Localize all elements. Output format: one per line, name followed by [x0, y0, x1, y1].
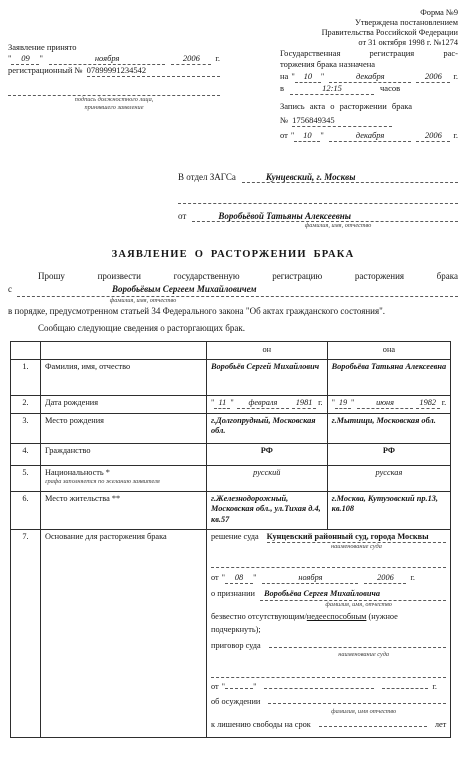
request-line: Прошу произвести государственную регистр… [8, 270, 458, 283]
registration-number-value: 07899991234542 [87, 65, 220, 77]
record-number-value: 1756849345 [292, 115, 392, 127]
zags-department-label: В отдел ЗАГСа [178, 172, 236, 182]
blank-address-line [178, 190, 458, 204]
row-number: 3. [11, 414, 41, 444]
missing-status-pre: безвестно отсутствующим/ [211, 612, 307, 621]
official-signature-line [8, 84, 220, 96]
record-line: Запись акта о расторжении брака [280, 101, 458, 112]
blank-line [211, 665, 446, 678]
court-name-caption: наименование суда [267, 543, 447, 551]
verdict-caption: наименование суда [281, 651, 446, 659]
row-label: Основание для расторжения брака [41, 530, 207, 738]
row-value-she: г.Москва, Кутузовский пр.13, кв.108 [327, 492, 451, 530]
registration-number-label: регистрационный № [8, 65, 83, 76]
row-label: Гражданство [41, 444, 207, 466]
on-label: на [280, 71, 288, 82]
record-year: 2006 [416, 130, 450, 142]
verdict-date-line: от " " г. [211, 682, 446, 692]
signature-caption-2: принявшего заявление [8, 104, 220, 112]
record-month: декабря [329, 130, 412, 142]
table-row: 4. Гражданство РФ РФ [11, 444, 451, 466]
row-label: Дата рождения [41, 396, 207, 414]
at-label: в [280, 83, 284, 94]
acceptance-day: 09 [11, 53, 39, 65]
nationality-note: графа заполняется по желанию заявителя [45, 478, 202, 486]
conviction-label: об осуждении [211, 697, 260, 707]
table-header-row: он она [11, 342, 451, 360]
table-row: 5. Национальность * графа заполняется по… [11, 466, 451, 492]
decision-date-line: от " 08 " ноября 2006 г. [211, 573, 446, 584]
spouse-line: с Воробьёвым Сергеем Михайловичем [8, 283, 458, 297]
term-suffix: лет [435, 720, 446, 730]
quote-mark: " [320, 130, 323, 141]
from-label: от [211, 573, 219, 583]
from-label: от [280, 130, 288, 141]
blank-line [211, 555, 446, 568]
spouse-fio-caption: фамилия, имя, отчество [8, 297, 278, 305]
spouse-name-value: Воробьёвым Сергеем Михайловичем [17, 283, 458, 297]
row-number: 2. [11, 396, 41, 414]
approval-block: Форма №9 Утверждена постановлением Прави… [280, 6, 458, 142]
info-line: Сообщаю следующие сведения о расторгающи… [8, 322, 458, 335]
registration-month: декабря [329, 71, 411, 83]
registration-day: 10 [295, 71, 321, 83]
court-name-value: Кунцевский районный суд, города Москвы [267, 532, 447, 543]
decision-year: 2006 [364, 573, 406, 584]
registration-year: 2006 [416, 71, 450, 83]
registration-time: 12:15 [290, 83, 374, 95]
table-row: 3. Место рождения г.Долгопрудный, Москов… [11, 414, 451, 444]
conviction-caption: фамилия, имя отчество [281, 708, 446, 716]
row-value-he: Воробьёв Сергей Михайлович [207, 360, 328, 396]
signature-caption-1: подпись должностного лица, [8, 96, 220, 104]
quote-mark: " [351, 398, 354, 408]
column-header-he: он [207, 342, 328, 360]
row-number: 1. [11, 360, 41, 396]
quote-mark: " [230, 398, 233, 408]
birth-day-he: 11 [214, 398, 230, 409]
registration-number-line: регистрационный № 07899991234542 [8, 65, 220, 77]
applicant-line: от Воробьёвой Татьяны Алексеевны [178, 211, 458, 222]
order-line: в порядке, предусмотренном статьей 34 Фе… [8, 305, 458, 318]
with-label: с [8, 283, 12, 296]
verdict-day-blank [225, 688, 253, 689]
verdict-year-blank [382, 688, 428, 689]
registration-time-line: в 12:15 часов [280, 83, 458, 95]
year-suffix: г. [432, 682, 437, 692]
recognition-label: о признании [211, 589, 255, 599]
record-day: 10 [294, 130, 320, 142]
term-label: к лишению свободы на срок [211, 720, 311, 730]
verdict-label: приговор суда [211, 641, 261, 651]
basis-cell: решение суда Кунцевский районный суд, го… [207, 530, 451, 738]
nationality-label: Национальность * [45, 468, 202, 478]
table-row-basis: 7. Основание для расторжения брака решен… [11, 530, 451, 738]
year-suffix: г. [442, 398, 447, 408]
verdict-line: приговор суда [211, 641, 446, 651]
addressee-block: В отдел ЗАГСа Кунцевский, г. Москвы от В… [178, 172, 458, 230]
row-number: 5. [11, 466, 41, 492]
column-header-she: она [327, 342, 451, 360]
row-label: Место рождения [41, 414, 207, 444]
row-value-he: г.Долгопрудный, Московская обл. [207, 414, 328, 444]
row-value-he: " 11 " февраля 1981 г. [207, 396, 328, 414]
spouses-table: он она 1. Фамилия, имя, отчество Воробьё… [10, 341, 451, 738]
birth-year-he: 1981 [292, 398, 316, 409]
verdict-month-blank [264, 688, 374, 689]
from-label: от [178, 211, 186, 221]
number-sign: № [280, 115, 288, 126]
form-number: Форма №9 [280, 8, 458, 18]
zags-department-value: Кунцевский, г. Москвы [242, 172, 458, 183]
row-value-she: г.Мытищи, Московская обл. [327, 414, 451, 444]
state-registration-line-2: торжения брака назначена [280, 59, 458, 70]
acceptance-month: ноября [49, 53, 165, 65]
registration-date-line: на " 10 " декабря 2006 г. [280, 71, 458, 83]
year-suffix: г. [215, 53, 220, 64]
empty-header-cell [11, 342, 41, 360]
empty-header-cell [41, 342, 207, 360]
recognized-person-value: Воробьёва Сергея Михайловича [260, 589, 446, 600]
acceptance-date-line: " 09 " ноября 2006 г. [8, 53, 220, 65]
applicant-fio-caption: фамилия, имя, отчество [218, 222, 458, 230]
conviction-blank [268, 703, 446, 704]
year-suffix: г. [410, 573, 415, 583]
row-label: Национальность * графа заполняется по же… [41, 466, 207, 492]
recognition-line: о признании Воробьёва Сергея Михайловича [211, 589, 446, 600]
court-decision-line: решение суда Кунцевский районный суд, го… [211, 532, 446, 551]
request-paragraph: Прошу произвести государственную регистр… [8, 270, 458, 335]
verdict-blank [269, 647, 447, 648]
missing-status-line: безвестно отсутствующим/недееспособным (… [211, 611, 446, 636]
from-label: от [211, 682, 219, 692]
acceptance-label: Заявление принято [8, 42, 220, 53]
table-row: 1. Фамилия, имя, отчество Воробьёв Серге… [11, 360, 451, 396]
birth-month-he: февраля [237, 398, 289, 409]
row-value-she: РФ [327, 444, 451, 466]
approval-line-2: Правительства Российской Федерации [280, 28, 458, 38]
acceptance-year: 2006 [171, 53, 211, 65]
row-value-she: русская [327, 466, 451, 492]
quote-mark: " [253, 682, 256, 692]
decision-label: решение суда [211, 532, 267, 551]
form-header: Заявление принято " 09 " ноября 2006 г. … [8, 6, 458, 142]
row-label: Место жительства ** [41, 492, 207, 530]
term-blank [319, 726, 427, 727]
year-suffix: г. [318, 398, 323, 408]
quote-mark: " [321, 71, 324, 82]
conviction-line: об осуждении [211, 697, 446, 707]
acceptance-block: Заявление принято " 09 " ноября 2006 г. … [8, 6, 220, 142]
row-value-he: РФ [207, 444, 328, 466]
term-line: к лишению свободы на срок лет [211, 720, 446, 730]
quote-mark: " [39, 53, 42, 64]
row-number: 4. [11, 444, 41, 466]
recognition-fio-caption: фамилия, имя, отчество [271, 601, 446, 609]
decision-month: ноября [262, 573, 358, 584]
row-number: 7. [11, 530, 41, 738]
year-suffix: г. [453, 130, 458, 141]
birth-year-she: 1982 [416, 398, 440, 409]
approval-line-1: Утверждена постановлением [280, 18, 458, 28]
hours-label: часов [380, 83, 400, 94]
row-number: 6. [11, 492, 41, 530]
row-value-he: русский [207, 466, 328, 492]
document-title: ЗАЯВЛЕНИЕ О РАСТОРЖЕНИИ БРАКА [8, 249, 458, 260]
state-registration-line-1: Государственная регистрация рас- [280, 48, 458, 59]
zags-department-line: В отдел ЗАГСа Кунцевский, г. Москвы [178, 172, 458, 183]
row-value-she: " 19 " июня 1982 г. [327, 396, 451, 414]
quote-mark: " [253, 573, 256, 583]
missing-status-underlined: недееспособным [307, 612, 367, 621]
year-suffix: г. [453, 71, 458, 82]
divorce-application-form: Заявление принято " 09 " ноября 2006 г. … [0, 0, 466, 762]
record-number-line: № 1756849345 [280, 115, 458, 127]
decision-day: 08 [225, 573, 253, 584]
row-value-he: г.Железнодорожный, Московская обл., ул.Т… [207, 492, 328, 530]
table-row: 2. Дата рождения " 11 " февраля 1981 г. … [11, 396, 451, 414]
row-label: Фамилия, имя, отчество [41, 360, 207, 396]
applicant-name-value: Воробьёвой Татьяны Алексеевны [192, 211, 458, 222]
birth-month-she: июня [357, 398, 412, 409]
table-row: 6. Место жительства ** г.Железнодорожный… [11, 492, 451, 530]
record-date-line: от " 10 " декабря 2006 г. [280, 130, 458, 142]
birth-day-she: 19 [335, 398, 351, 409]
row-value-she: Воробьёва Татьяна Алексеевна [327, 360, 451, 396]
approval-line-3: от 31 октября 1998 г. №1274 [280, 38, 458, 48]
